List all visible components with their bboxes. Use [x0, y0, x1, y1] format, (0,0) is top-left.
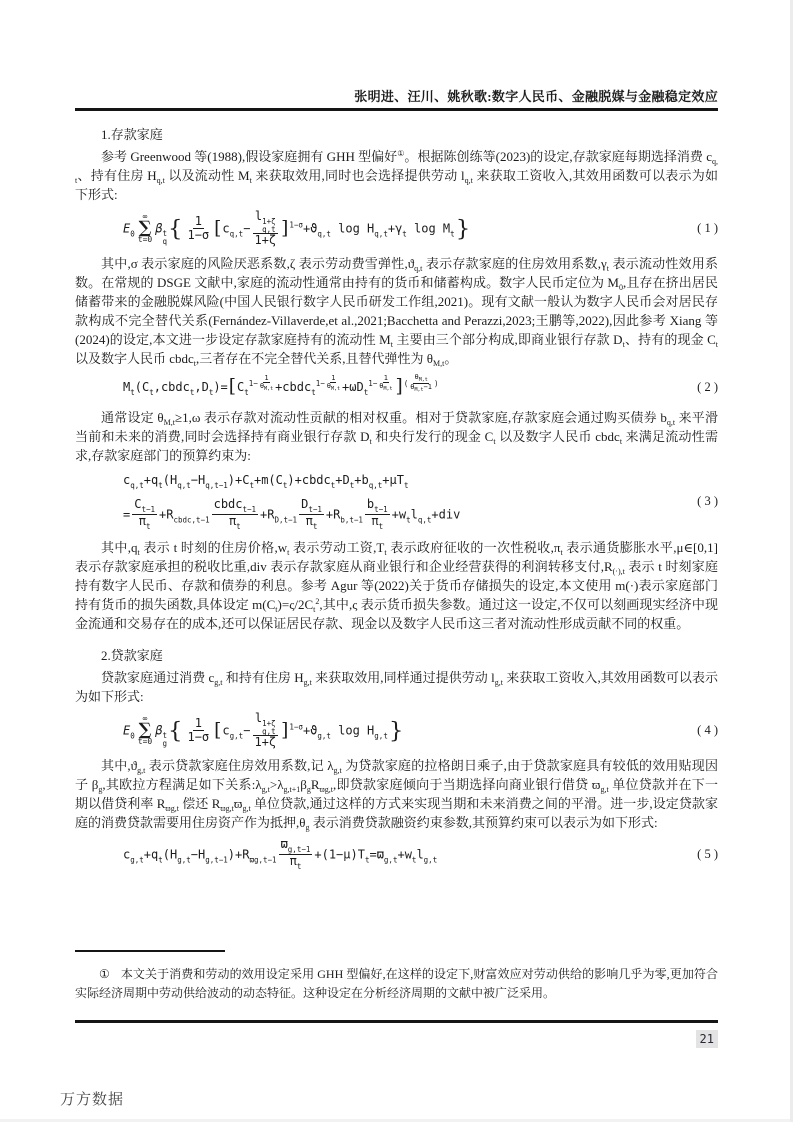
running-title: 张明进、汪川、姚秋歌:数字人民币、金融脱媒与金融稳定效应: [75, 86, 718, 105]
equation-3-line-1: cq,t+qt(Hq,t−Hq,t−1)+Ct+m(Ct)+cbdct+Dt+b…: [123, 471, 408, 495]
equation-2: Mt(Ct,cbdct,Dt)=[Ct1−1θM,t+cbdct1−1θM,t+…: [75, 374, 718, 402]
section-heading-2: 2.贷款家庭: [75, 646, 718, 665]
equation-5-math: cg,t+qt(Hg,t−Hg,t−1)+Rϖg,t−1ϖg,t−1πt+(1−…: [123, 838, 437, 872]
equation-3: cq,t+qt(Hq,t−Hq,t−1)+Ct+m(Ct)+cbdct+Dt+b…: [75, 471, 718, 532]
equation-3-line-2: =Ct−1πt+Rcbdc,t−1cbdct−1πt+RD,t−1Dt−1πt+…: [123, 498, 460, 532]
equation-1-number: ( 1 ): [697, 219, 718, 238]
equation-1-math: E0∞∑t=0βtq{11−σ[cq,t−l1+ζq,t1+ζ]1−σ+ϑq,t…: [123, 210, 471, 248]
equation-3-math: cq,t+qt(Hq,t−Hq,t−1)+Ct+m(Ct)+cbdct+Dt+b…: [123, 471, 460, 532]
equation-2-number: ( 2 ): [697, 378, 718, 397]
paragraph-3: 通常设定 θM,t≥1,ω 表示存款对流动性贡献的相对权重。相对于贷款家庭,存款…: [75, 408, 718, 465]
equation-5-number: ( 5 ): [697, 845, 718, 864]
equation-4-math: E0∞∑t=0βtg{11−σ[cg,t−l1+ζg,t1+ζ]1−σ+ϑg,t…: [123, 712, 404, 750]
page-number: 21: [696, 1030, 718, 1048]
equation-4-number: ( 4 ): [697, 721, 718, 740]
footnote-area: ①本文关于消费和劳动的效用设定采用 GHH 型偏好,在这样的设定下,财富效应对劳…: [75, 950, 718, 1003]
section-heading-1: 1.存款家庭: [75, 125, 718, 144]
paragraph-6: 其中,ϑg,t 表示贷款家庭住房效用系数,记 λg,t 为贷款家庭的拉格朗日乘子…: [75, 756, 718, 832]
equation-4: E0∞∑t=0βtg{11−σ[cg,t−l1+ζg,t1+ζ]1−σ+ϑg,t…: [75, 712, 718, 750]
paragraph-2: 其中,σ 表示家庭的风险厌恶系数,ζ 表示劳动费雪弹性,ϑq,t 表示存款家庭的…: [75, 254, 718, 368]
footer-rule: [75, 1020, 718, 1023]
wanfang-watermark: 万方数据: [60, 1088, 124, 1109]
footnote-text: ①本文关于消费和劳动的效用设定采用 GHH 型偏好,在这样的设定下,财富效应对劳…: [75, 965, 718, 1003]
footnote-marker: ①: [99, 967, 110, 981]
equation-2-math: Mt(Ct,cbdct,Dt)=[Ct1−1θM,t+cbdct1−1θM,t+…: [123, 374, 438, 402]
footnote-divider: [75, 950, 225, 952]
body-text: 1.存款家庭 参考 Greenwood 等(1988),假设家庭拥有 GHH 型…: [75, 112, 718, 950]
footnote-body: 本文关于消费和劳动的效用设定采用 GHH 型偏好,在这样的设定下,财富效应对劳动…: [75, 967, 718, 1000]
equation-3-number: ( 3 ): [697, 492, 718, 511]
paper-page: 张明进、汪川、姚秋歌:数字人民币、金融脱媒与金融稳定效应 1.存款家庭 参考 G…: [0, 0, 793, 1122]
equation-1: E0∞∑t=0βtq{11−σ[cq,t−l1+ζq,t1+ζ]1−σ+ϑq,t…: [75, 210, 718, 248]
paragraph-5: 贷款家庭通过消费 cg,t 和持有住房 Hg,t 来获取效用,同样通过提供劳动 …: [75, 668, 718, 706]
header-rule: [75, 108, 718, 111]
equation-5: cg,t+qt(Hg,t−Hg,t−1)+Rϖg,t−1ϖg,t−1πt+(1−…: [75, 838, 718, 872]
paragraph-4: 其中,qt 表示 t 时刻的住房价格,wt 表示劳动工资,Tt 表示政府征收的一…: [75, 538, 718, 633]
paragraph-1: 参考 Greenwood 等(1988),假设家庭拥有 GHH 型偏好①。根据陈…: [75, 147, 718, 204]
